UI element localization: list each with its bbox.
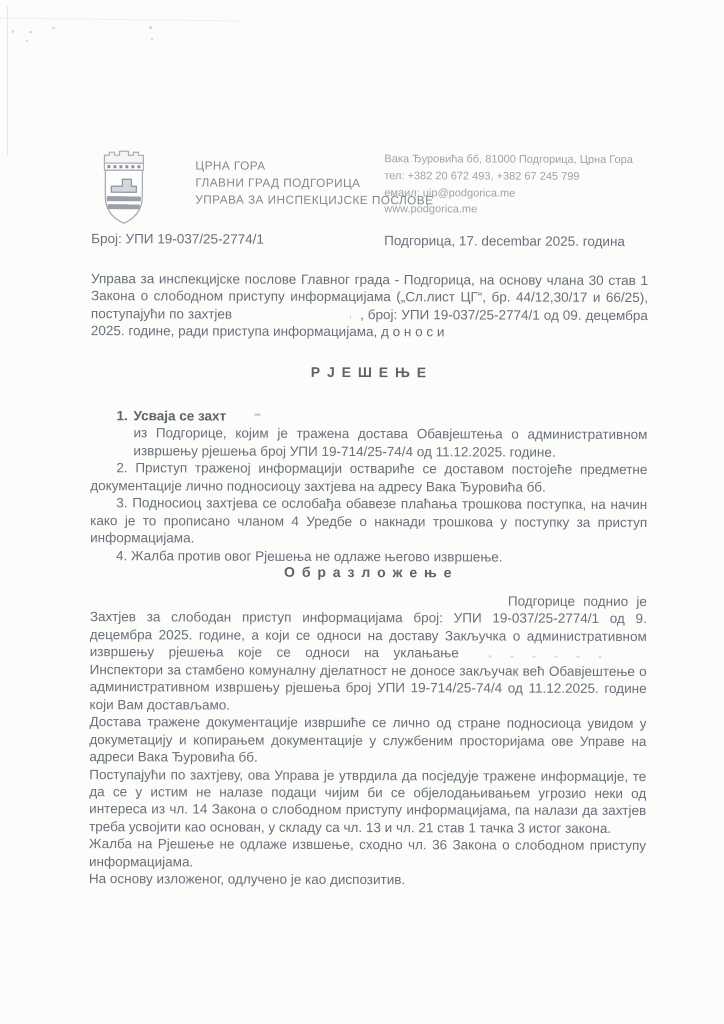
reference-row: Број: УПИ 19-037/25-2774/1 Подгорица, 17… xyxy=(91,231,648,251)
dispositive-item-1: 1. Усваја се захт из Подгорице, којим је… xyxy=(90,407,647,461)
explanation-heading: О б р а з л о ж е њ е xyxy=(90,563,647,581)
contact-website: www.podgorica.me xyxy=(384,202,632,220)
explanation-paragraph-1: Подгорице поднио је Захтјев за слободан … xyxy=(90,591,647,715)
item-1-text: из Подгорице, којим је тражена достава О… xyxy=(133,426,647,460)
resolution-heading: Р Ј Е Ш Е Њ Е xyxy=(91,363,648,381)
dispositive-section: 1. Усваја се захт из Подгорице, којим је… xyxy=(90,407,648,566)
redaction-gap xyxy=(90,595,508,605)
explanation-paragraph-4: Жалба на Рјешење не одлаже извшење, сход… xyxy=(89,835,646,872)
dispositive-item-3: 3. Подносиоц захтјева се ослобађа обавез… xyxy=(90,494,647,548)
redaction-gap xyxy=(232,310,360,319)
explanation-p1-text-2: Инспектори за стамбено комуналну дјелатн… xyxy=(90,662,647,712)
item-1-number: 1. xyxy=(117,407,128,424)
item-1-lead: Усваја се захт xyxy=(134,408,227,423)
contact-email: емаил: uip@podgorica.me xyxy=(384,185,632,203)
contact-phone: тел: +382 20 672 493, +382 67 245 799 xyxy=(384,168,632,186)
redaction-gap xyxy=(226,412,272,421)
explanation-p1-right: Подгорице поднио је xyxy=(508,594,647,609)
explanation-paragraph-3: Поступајући по захтјеву, ова Управа је у… xyxy=(89,766,646,838)
place-and-date: Подгорица, 17. decembar 2025. година xyxy=(384,233,625,249)
dispositive-item-2: 2. Приступ траженој информацији остварић… xyxy=(90,459,647,496)
contact-block: Вака Ђуровића бб, 81000 Подгорица, Црна … xyxy=(384,151,633,219)
redaction-gap xyxy=(459,649,647,659)
explanation-section: Подгорице поднио је Захтјев за слободан … xyxy=(89,591,647,890)
intro-paragraph: Управа за инспекцијске послове Главног г… xyxy=(91,270,648,342)
scanned-document-page: ЦРНА ГОРА ГЛАВНИ ГРАД ПОДГОРИЦА УПРАВА З… xyxy=(0,0,724,1024)
reference-number: Број: УПИ 19-037/25-2774/1 xyxy=(91,231,264,247)
letterhead: ЦРНА ГОРА ГЛАВНИ ГРАД ПОДГОРИЦА УПРАВА З… xyxy=(91,148,651,230)
explanation-paragraph-2: Достава тражене документације извршиће с… xyxy=(89,713,646,767)
contact-address: Вака Ђуровића бб, 81000 Подгорица, Црна … xyxy=(384,151,632,169)
podgorica-coat-of-arms-icon xyxy=(95,149,152,226)
explanation-paragraph-5: На основу изложеног, одлучено је као дис… xyxy=(89,870,646,889)
